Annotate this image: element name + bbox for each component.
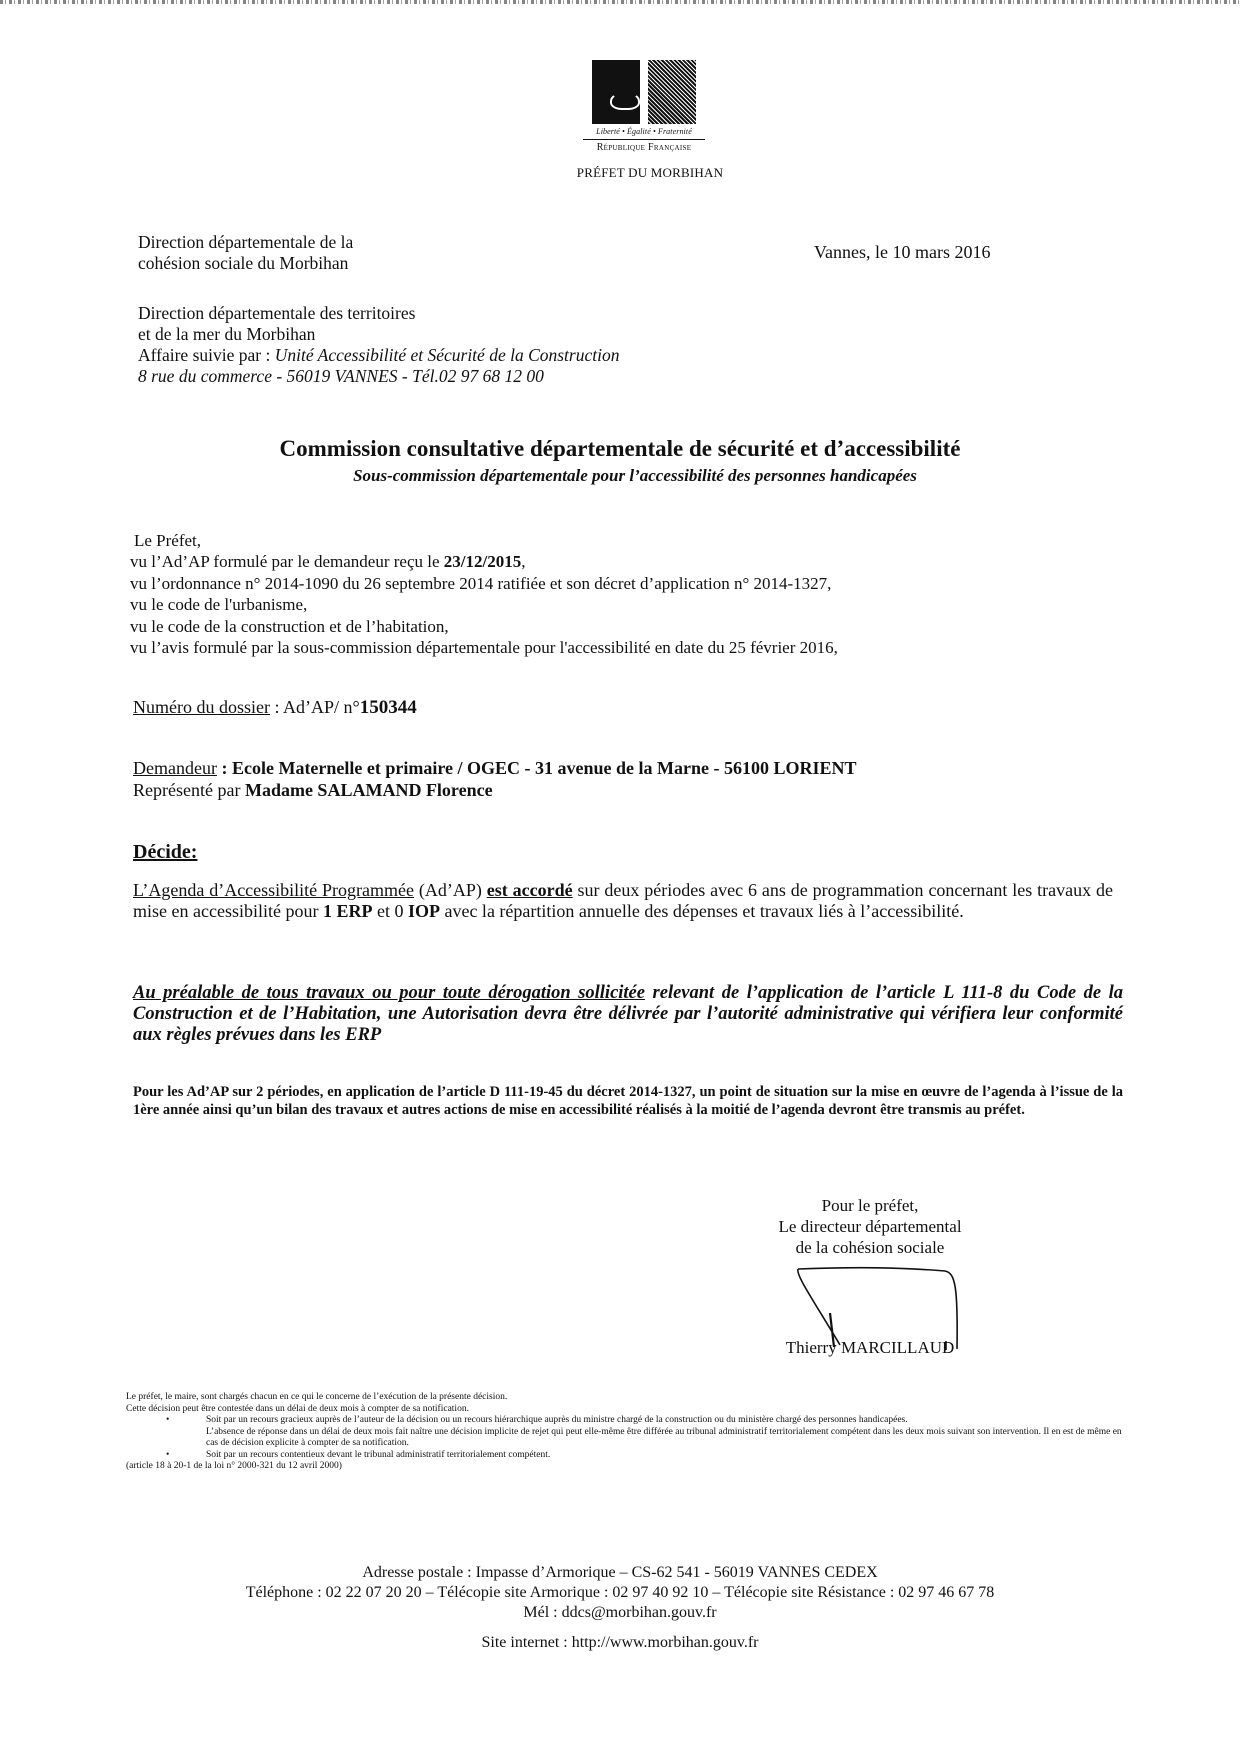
legal-line: Le préfet, le maire, sont chargés chacun… (126, 1392, 1136, 1404)
prefet-heading: PRÉFET DU MORBIHAN (560, 165, 740, 181)
considerant-item: vu l’ordonnance n° 2014-1090 du 26 septe… (130, 573, 838, 594)
demandeur-block: Demandeur : Ecole Maternelle et primaire… (133, 757, 857, 801)
considerant-adap: vu l’Ad’AP formulé par le demandeur reçu… (130, 551, 838, 572)
affaire-address: 8 rue du commerce - 56019 VANNES - Tél.0… (138, 366, 619, 387)
represented-label: Représenté par (133, 780, 245, 800)
email-link[interactable]: ddcs@morbihan.gouv.fr (562, 1604, 717, 1621)
decide-heading: Décide: (133, 841, 197, 864)
decision-text: et 0 (372, 901, 408, 921)
considerant-item: vu le code de la construction et de l’ha… (130, 616, 838, 637)
sender-ddcs: Direction départementale de la cohésion … (138, 232, 353, 274)
decision-text: (Ad’AP) (414, 880, 487, 900)
legal-bullet: •Soit par un recours gracieux auprès de … (126, 1415, 1136, 1427)
signature-line: de la cohésion sociale (740, 1237, 1000, 1258)
signature-line: Pour le préfet, (740, 1195, 1000, 1216)
dossier-value: 150344 (360, 697, 417, 718)
dossier-number: Numéro du dossier : Ad’AP/ n°150344 (133, 697, 417, 719)
legal-bullet-continuation: L’absence de réponse dans un délai de de… (126, 1427, 1136, 1450)
prealable-emphasis: Au préalable de tous travaux ou pour tou… (133, 983, 645, 1003)
signature-line: Le directeur départemental (740, 1216, 1000, 1237)
footer-address: Adresse postale : Impasse d’Armorique – … (0, 1563, 1240, 1583)
legal-notice: Le préfet, le maire, sont chargés chacun… (126, 1392, 1136, 1473)
bullet-icon: • (166, 1450, 169, 1462)
legal-bullet: •Soit par un recours contentieux devant … (126, 1450, 1136, 1462)
legal-bullet-text: Soit par un recours gracieux auprès de l… (206, 1415, 908, 1425)
agenda-label: L’Agenda d’Accessibilité Programmée (133, 880, 414, 900)
marianne-logo-icon (592, 60, 696, 124)
sender-line: Direction départementale de la (138, 232, 353, 253)
demandeur-value: : Ecole Maternelle et primaire / OGEC - … (217, 758, 857, 778)
decision-paragraph: L’Agenda d’Accessibilité Programmée (Ad’… (133, 880, 1113, 922)
document-subtitle: Sous-commission départementale pour l’ac… (0, 466, 1240, 486)
affaire-suivie: Affaire suivie par : Unité Accessibilité… (138, 345, 619, 366)
signature-block: Pour le préfet, Le directeur département… (740, 1195, 1000, 1258)
considerants: Le Préfet, vu l’Ad’AP formulé par le dem… (130, 530, 838, 658)
legal-reference: (article 18 à 20-1 de la loi n° 2000-321… (126, 1461, 1136, 1473)
letter-date: Vannes, le 10 mars 2016 (814, 242, 990, 263)
website-link[interactable]: http://www.morbihan.gouv.fr (572, 1634, 759, 1651)
dossier-prefix: : Ad’AP/ n° (270, 697, 360, 717)
prealable-paragraph: Au préalable de tous travaux ou pour tou… (133, 983, 1123, 1046)
sender-line: et de la mer du Morbihan (138, 324, 619, 345)
document-title: Commission consultative départementale d… (0, 436, 1240, 462)
footer-phones: Téléphone : 02 22 07 20 20 – Télécopie s… (0, 1583, 1240, 1603)
iop-label: IOP (408, 901, 440, 921)
republique-francaise-logo: Liberté • Égalité • Fraternité Républiqu… (583, 60, 705, 153)
decision-status: est accordé (487, 880, 573, 900)
legal-line: Cette décision peut être contestée dans … (126, 1404, 1136, 1416)
bullet-icon: • (166, 1415, 169, 1427)
signer-name: Thierry MARCILLAUD (760, 1338, 980, 1358)
considerant-text: vu l’Ad’AP formulé par le demandeur reçu… (130, 552, 444, 571)
logo-republique: République Française (583, 139, 705, 153)
affaire-value: Unité Accessibilité et Sécurité de la Co… (275, 345, 620, 365)
logo-devise: Liberté • Égalité • Fraternité (583, 127, 705, 136)
affaire-label: Affaire suivie par : (138, 345, 270, 365)
website-label: Site internet : (482, 1634, 572, 1651)
demandeur-label: Demandeur (133, 758, 217, 778)
decision-text: avec la répartition annuelle des dépense… (440, 901, 964, 921)
considerant-text: , (521, 552, 525, 571)
considerants-intro: Le Préfet, (134, 530, 838, 551)
represented-name: Madame SALAMAND Florence (245, 780, 493, 800)
sender-line: cohésion sociale du Morbihan (138, 253, 353, 274)
sender-line: Direction départementale des territoires (138, 303, 619, 324)
email-label: Mél : (523, 1604, 561, 1621)
sender-ddtm: Direction départementale des territoires… (138, 303, 619, 387)
footer-contact: Adresse postale : Impasse d’Armorique – … (0, 1563, 1240, 1653)
dossier-label: Numéro du dossier (133, 697, 270, 717)
adap-received-date: 23/12/2015 (444, 552, 521, 571)
scan-artifact-line (0, 0, 1240, 4)
considerant-item: vu le code de l'urbanisme, (130, 594, 838, 615)
considerant-item: vu l’avis formulé par la sous-commission… (130, 637, 838, 658)
suivi-paragraph: Pour les Ad’AP sur 2 périodes, en applic… (133, 1083, 1123, 1119)
legal-bullet-text: Soit par un recours contentieux devant l… (206, 1450, 550, 1460)
erp-count: 1 ERP (323, 901, 373, 921)
